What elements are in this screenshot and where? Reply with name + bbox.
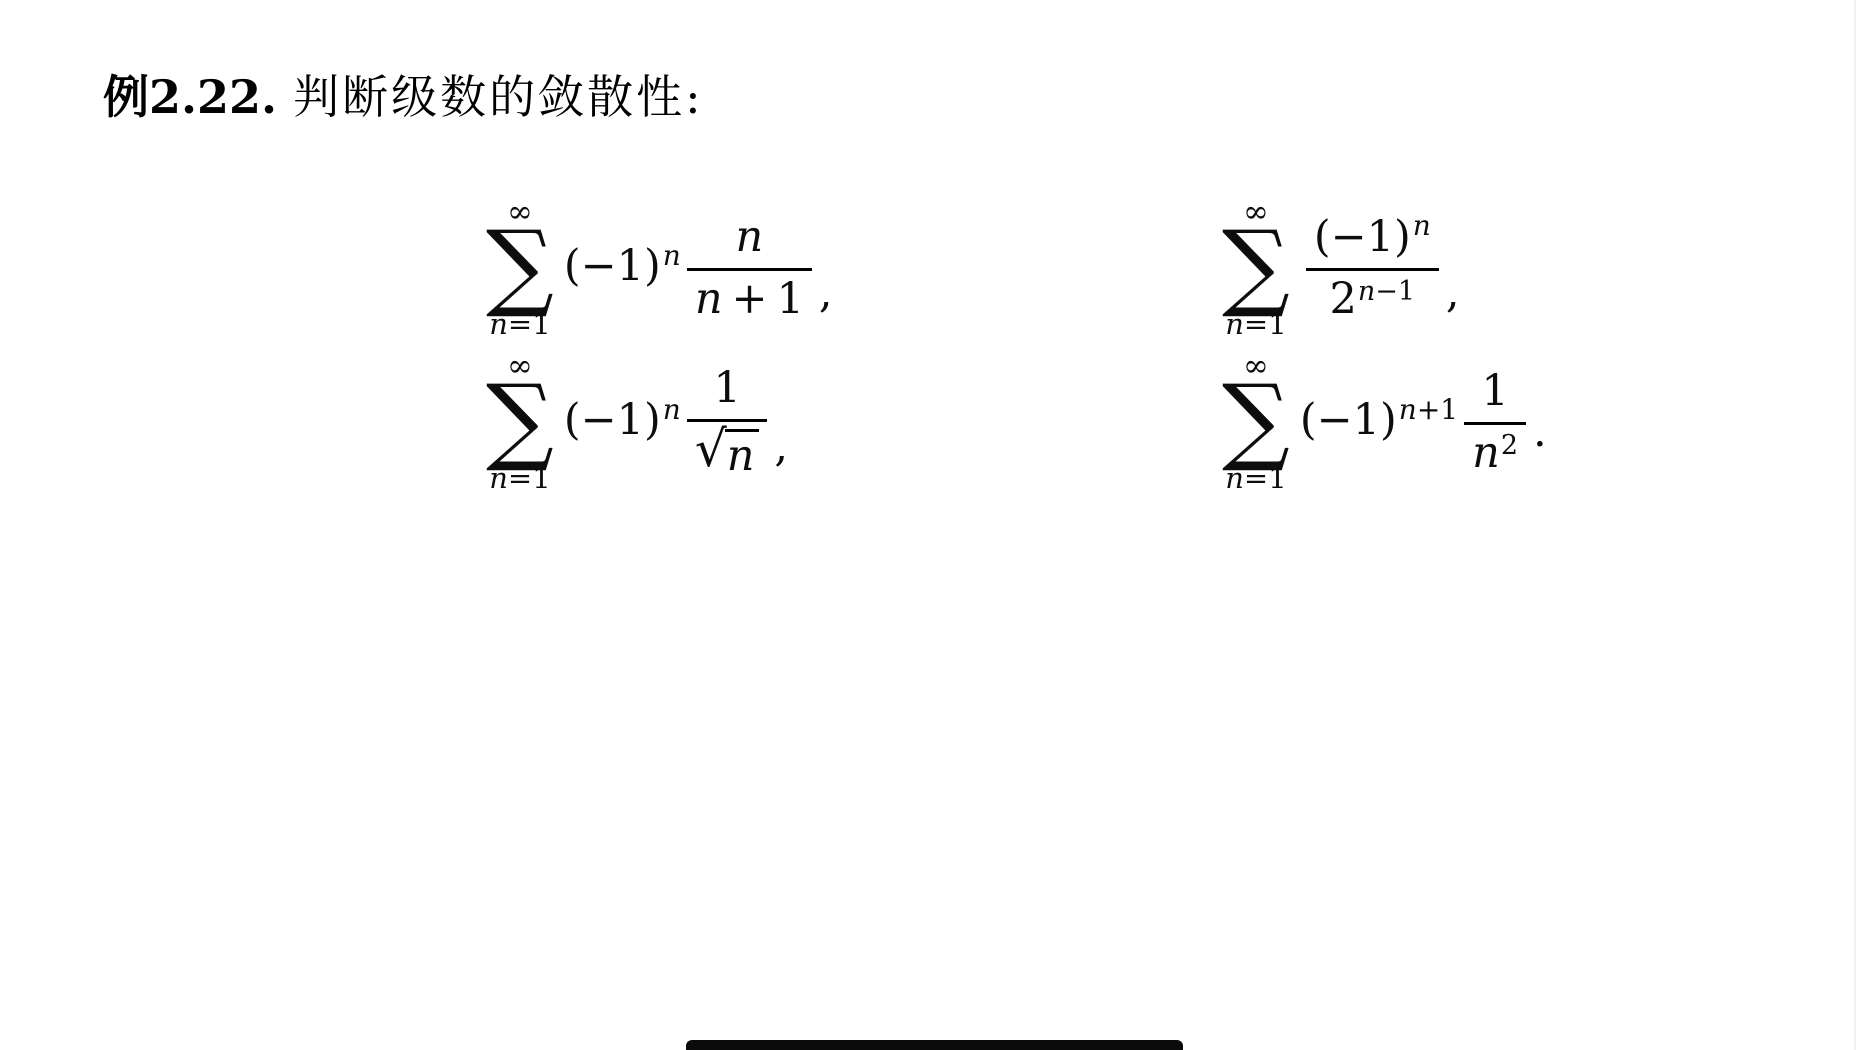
period: . [1533,407,1547,457]
comma: , [774,422,788,472]
numerator-base: (−1) [1314,216,1411,259]
fraction: 1 n2 [1464,370,1526,475]
summation-symbol: ∞ ∑ n=1 [1222,197,1290,338]
sign-exponent: n [663,239,681,272]
limit-value: 1 [1268,310,1286,339]
example-number: 例2.22. [103,70,277,124]
radical-icon: √ [695,429,727,470]
sign-exponent: n+1 [1399,393,1458,426]
sigma-icon: ∑ [1222,230,1290,302]
sign-factor: (−1)n+1 [1300,395,1458,445]
bottom-divider-bar [686,1040,1183,1050]
summation-lower-limit: n=1 [489,310,550,339]
fraction-bar [1464,422,1526,425]
summation-symbol: ∞ ∑ n=1 [1222,351,1290,492]
limit-variable: n [1225,464,1244,493]
limit-equals: = [1244,464,1268,493]
fraction-numerator: (−1)n [1306,216,1439,259]
sign-exponent-rest: +1 [1417,393,1458,426]
limit-variable: n [489,464,508,493]
radicand: n [725,429,760,478]
fraction: (−1)n 2n−1 [1306,216,1439,321]
den-variable: n [695,278,723,321]
fraction-numerator: n [728,216,772,259]
sign-base: (−1) [1300,395,1397,445]
limit-value: 1 [1268,464,1286,493]
summation-symbol: ∞ ∑ n=1 [486,351,554,492]
sigma-icon: ∑ [486,230,554,302]
limit-equals: = [1244,310,1268,339]
den-exponent: n−1 [1358,278,1415,305]
sigma-icon: ∑ [486,384,554,456]
comma: , [819,268,833,318]
limit-variable: n [489,310,508,339]
right-edge-shadow [1854,0,1856,1050]
comma: , [1446,268,1460,318]
summation-lower-limit: n=1 [1225,464,1286,493]
den-exponent-variable: n [1358,276,1375,307]
fraction: 1 √n [687,367,768,478]
fraction-numerator: 1 [705,367,748,410]
limit-equals: = [508,310,532,339]
limit-value: 1 [532,310,550,339]
fraction-denominator: n2 [1464,432,1526,475]
numerator-exponent: n [1413,212,1431,240]
page-title: 例2.22.判断级数的敛散性: [103,68,704,128]
limit-equals: = [508,464,532,493]
den-base: 2 [1330,278,1357,321]
sign-exponent: n [663,393,681,426]
series-formula-2: ∞ ∑ n=1 (−1)n 2n−1 , [1222,196,1460,340]
square-root: √n [695,429,760,478]
den-base: n [1472,432,1500,475]
limit-value: 1 [532,464,550,493]
summation-lower-limit: n=1 [489,464,550,493]
den-value: 1 [777,278,804,321]
sign-factor: (−1)n [564,241,681,291]
limit-variable: n [1225,310,1244,339]
den-exponent: 2 [1501,432,1518,459]
fraction: n n+1 [687,216,812,321]
fraction-bar [687,268,812,271]
den-exponent-rest: −1 [1375,276,1415,307]
sign-factor: (−1)n [564,395,681,445]
plus-operator: + [732,278,768,321]
summation-symbol: ∞ ∑ n=1 [486,197,554,338]
fraction-numerator: 1 [1473,370,1516,413]
series-formula-3: ∞ ∑ n=1 (−1)n 1 √n , [486,350,788,494]
series-formula-1: ∞ ∑ n=1 (−1)n n n+1 , [486,196,833,340]
sign-base: (−1) [564,395,661,445]
sign-exponent-variable: n [1399,393,1417,426]
fraction-denominator: n+1 [687,278,812,321]
fraction-denominator: √n [687,429,768,478]
fraction-denominator: 2n−1 [1322,278,1424,321]
fraction-bar [1306,268,1439,271]
sign-base: (−1) [564,241,661,291]
sigma-icon: ∑ [1222,384,1290,456]
title-text: 判断级数的敛散性: [293,70,704,124]
series-formula-4: ∞ ∑ n=1 (−1)n+1 1 n2 . [1222,350,1547,494]
lecture-slide: 例2.22.判断级数的敛散性: ∞ ∑ n=1 (−1)n n n+1 , ∞ … [0,0,1866,1050]
summation-lower-limit: n=1 [1225,310,1286,339]
